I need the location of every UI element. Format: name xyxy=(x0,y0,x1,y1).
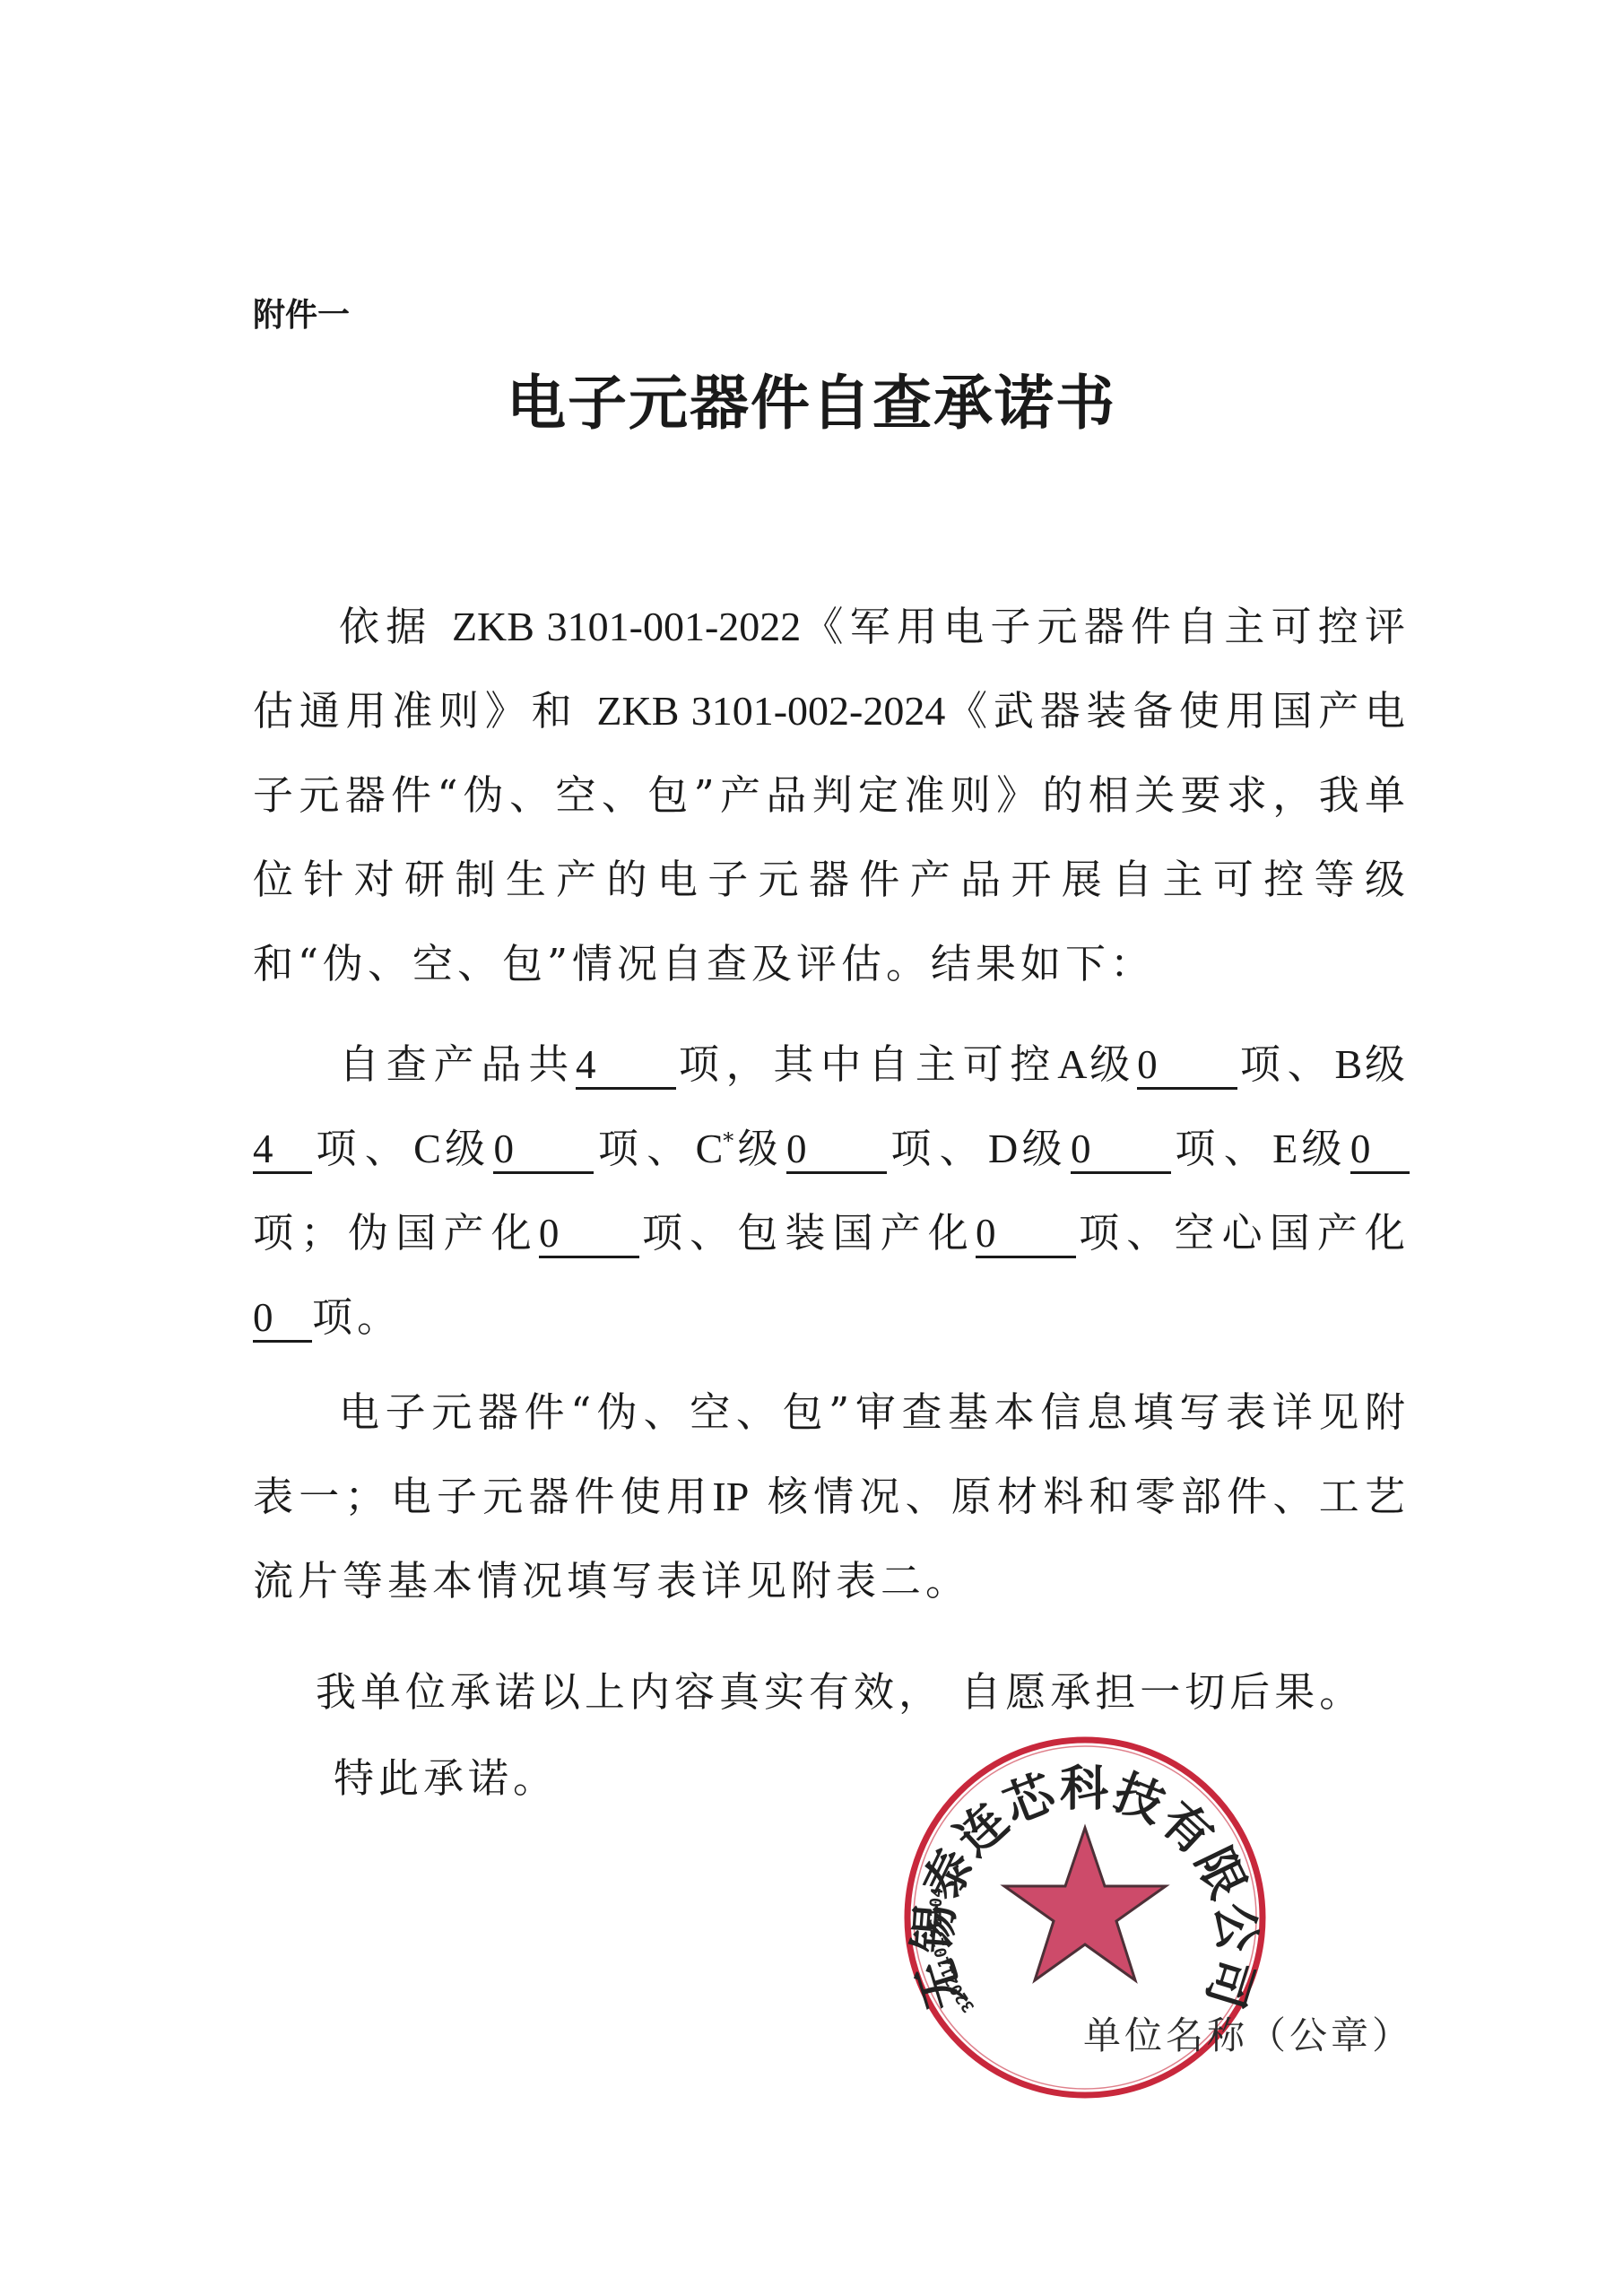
seal-star-icon xyxy=(1004,1828,1166,1980)
ip-term: IP xyxy=(712,1474,749,1519)
grade-e-count-field[interactable]: 0 xyxy=(1350,1126,1410,1174)
paragraph-results: 自查产品共4项，其中自主可控A级0项、B级4项、C级0项、C*级0项、D级0项、… xyxy=(253,1022,1410,1360)
standard-code-1: ZKB 3101-001-2022 xyxy=(452,604,801,649)
results-text: 级 xyxy=(1298,1125,1350,1172)
document-page: 附件一 电子元器件自查承诺书 依据 ZKB 3101-001-2022《军用电子… xyxy=(0,0,1623,2296)
grade-e-label: E xyxy=(1272,1126,1298,1171)
paragraph-basis: 依据 ZKB 3101-001-2022《军用电子元器件自主可控评估通用准则》和… xyxy=(253,585,1410,1006)
grade-cstar-label: C xyxy=(696,1126,724,1171)
results-text: 级 xyxy=(441,1125,494,1172)
fake-domestic-count-field[interactable]: 0 xyxy=(539,1211,639,1258)
results-text: 项、 xyxy=(1171,1125,1272,1172)
grade-b-count-field[interactable]: 4 xyxy=(253,1126,312,1174)
grade-b-label: B xyxy=(1334,1041,1362,1087)
paragraph-closing: 特此承诺。 xyxy=(334,1736,872,1821)
package-domestic-count-field[interactable]: 0 xyxy=(976,1211,1076,1258)
paragraph-appendix-reference: 电子元器件“伪、空、包”审查基本信息填写表详见附表一；电子元器件使用IP 核情况… xyxy=(253,1370,1410,1623)
results-text: 自查产品共 xyxy=(339,1040,576,1088)
results-text: 级 xyxy=(1018,1125,1071,1172)
results-text: 项。 xyxy=(312,1293,402,1341)
asterisk-mark: * xyxy=(723,1128,733,1153)
paragraph-commitment: 我单位承诺以上内容真实有效， 自愿承担一切后果。 xyxy=(316,1650,1392,1735)
grade-d-count-field[interactable]: 0 xyxy=(1071,1126,1171,1174)
company-seal-label: 单位名称（公章） xyxy=(1083,2009,1413,2063)
results-text: 级 xyxy=(733,1125,786,1172)
grade-c-count-field[interactable]: 0 xyxy=(493,1126,594,1174)
grade-a-count-field[interactable]: 0 xyxy=(1137,1042,1237,1090)
results-text: 项、 xyxy=(1237,1040,1334,1088)
results-text: 项、包装国产化 xyxy=(639,1209,976,1257)
results-text: 项、 xyxy=(887,1125,988,1172)
standard-code-2: ZKB 3101-002-2024 xyxy=(596,688,945,734)
results-text: 项；伪国产化 xyxy=(253,1209,539,1257)
attachment-label: 附件一 xyxy=(253,296,350,335)
document-title: 电子元器件自查承诺书 xyxy=(0,366,1623,441)
results-text: 项，其中自主可控 xyxy=(676,1040,1057,1088)
basis-text-1: 依据 xyxy=(339,603,452,650)
grade-cstar-count-field[interactable]: 0 xyxy=(786,1126,887,1174)
total-products-field[interactable]: 4 xyxy=(576,1042,676,1090)
grade-c-label: C xyxy=(413,1126,441,1171)
grade-a-label: A xyxy=(1057,1041,1087,1087)
grade-d-label: D xyxy=(988,1126,1018,1171)
results-text: 项、空心国产化 xyxy=(1076,1209,1410,1257)
results-text: 级 xyxy=(1362,1040,1410,1088)
hollow-domestic-count-field[interactable]: 0 xyxy=(253,1295,312,1343)
results-text: 项、 xyxy=(594,1125,695,1172)
results-text: 项、 xyxy=(312,1125,413,1172)
results-text: 级 xyxy=(1087,1040,1137,1088)
